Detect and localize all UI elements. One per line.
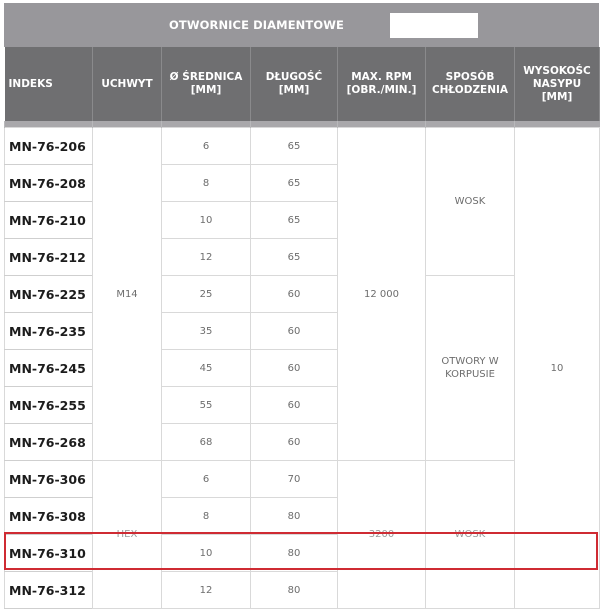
cell-indeks: MN-76-312 — [5, 572, 93, 609]
cell-uchwyt: HEX — [93, 461, 162, 609]
cell-indeks: MN-76-255 — [5, 387, 93, 424]
cell-srednica: 8 — [162, 165, 251, 202]
cell-dlugosc: 60 — [251, 387, 338, 424]
cell-dlugosc: 60 — [251, 424, 338, 461]
cell-srednica: 55 — [162, 387, 251, 424]
cell-indeks: MN-76-308 — [5, 498, 93, 535]
header-indeks: INDEKS — [5, 47, 93, 121]
cell-srednica: 6 — [162, 128, 251, 165]
cell-srednica: 8 — [162, 498, 251, 535]
cell-dlugosc: 65 — [251, 128, 338, 165]
cell-srednica: 68 — [162, 424, 251, 461]
cell-uchwyt: M14 — [93, 128, 162, 461]
cell-indeks: MN-76-245 — [5, 350, 93, 387]
cell-indeks: MN-76-206 — [5, 128, 93, 165]
cell-dlugosc: 65 — [251, 239, 338, 276]
cell-indeks: MN-76-210 — [5, 202, 93, 239]
cell-dlugosc: 60 — [251, 276, 338, 313]
cell-srednica: 10 — [162, 535, 251, 572]
product-table-container: OTWORNICE DIAMENTOWE INDEKS UCHWYT Ø ŚRE… — [4, 3, 599, 609]
cell-nasyp: 10 — [515, 128, 600, 609]
cell-dlugosc: 65 — [251, 202, 338, 239]
cell-dlugosc: 80 — [251, 535, 338, 572]
header-nasyp: WYSOKOŚC NASYPU [MM] — [515, 47, 600, 121]
cell-dlugosc: 70 — [251, 461, 338, 498]
cell-indeks: MN-76-235 — [5, 313, 93, 350]
cell-srednica: 12 — [162, 239, 251, 276]
cell-chlodzenie: WOSK — [426, 128, 515, 276]
cell-srednica: 25 — [162, 276, 251, 313]
cell-dlugosc: 60 — [251, 350, 338, 387]
cell-dlugosc: 65 — [251, 165, 338, 202]
table-title-bar: OTWORNICE DIAMENTOWE — [4, 3, 599, 47]
table-row: MN-76-206 M14 6 65 12 000 WOSK 10 — [5, 128, 600, 165]
cell-chlodzenie: OTWORY W KORPUSIE — [426, 276, 515, 461]
header-row: INDEKS UCHWYT Ø ŚREDNICA [MM] DŁUGOŚĆ [M… — [5, 47, 600, 121]
cell-dlugosc: 80 — [251, 498, 338, 535]
cell-chlodzenie: WOSK — [426, 461, 515, 609]
table-row: MN-76-306 HEX 6 70 3200 WOSK — [5, 461, 600, 498]
cell-srednica: 6 — [162, 461, 251, 498]
table-title: OTWORNICE DIAMENTOWE — [4, 18, 599, 32]
cell-dlugosc: 80 — [251, 572, 338, 609]
cell-indeks: MN-76-225 — [5, 276, 93, 313]
cell-srednica: 35 — [162, 313, 251, 350]
cell-max-rpm: 3200 — [338, 461, 426, 609]
spec-table: INDEKS UCHWYT Ø ŚREDNICA [MM] DŁUGOŚĆ [M… — [4, 47, 600, 609]
cell-dlugosc: 60 — [251, 313, 338, 350]
cell-max-rpm: 12 000 — [338, 128, 426, 461]
cell-srednica: 12 — [162, 572, 251, 609]
header-dlugosc: DŁUGOŚĆ [MM] — [251, 47, 338, 121]
cell-indeks: MN-76-310 — [5, 535, 93, 572]
cell-indeks: MN-76-212 — [5, 239, 93, 276]
cell-srednica: 10 — [162, 202, 251, 239]
cell-srednica: 45 — [162, 350, 251, 387]
header-srednica: Ø ŚREDNICA [MM] — [162, 47, 251, 121]
cell-indeks: MN-76-208 — [5, 165, 93, 202]
cell-indeks: MN-76-306 — [5, 461, 93, 498]
redacted-box — [390, 13, 478, 38]
header-max-rpm: MAX. RPM [OBR./MIN.] — [338, 47, 426, 121]
cell-indeks: MN-76-268 — [5, 424, 93, 461]
header-chlodzenie: SPOSÓB CHŁODZENIA — [426, 47, 515, 121]
header-uchwyt: UCHWYT — [93, 47, 162, 121]
